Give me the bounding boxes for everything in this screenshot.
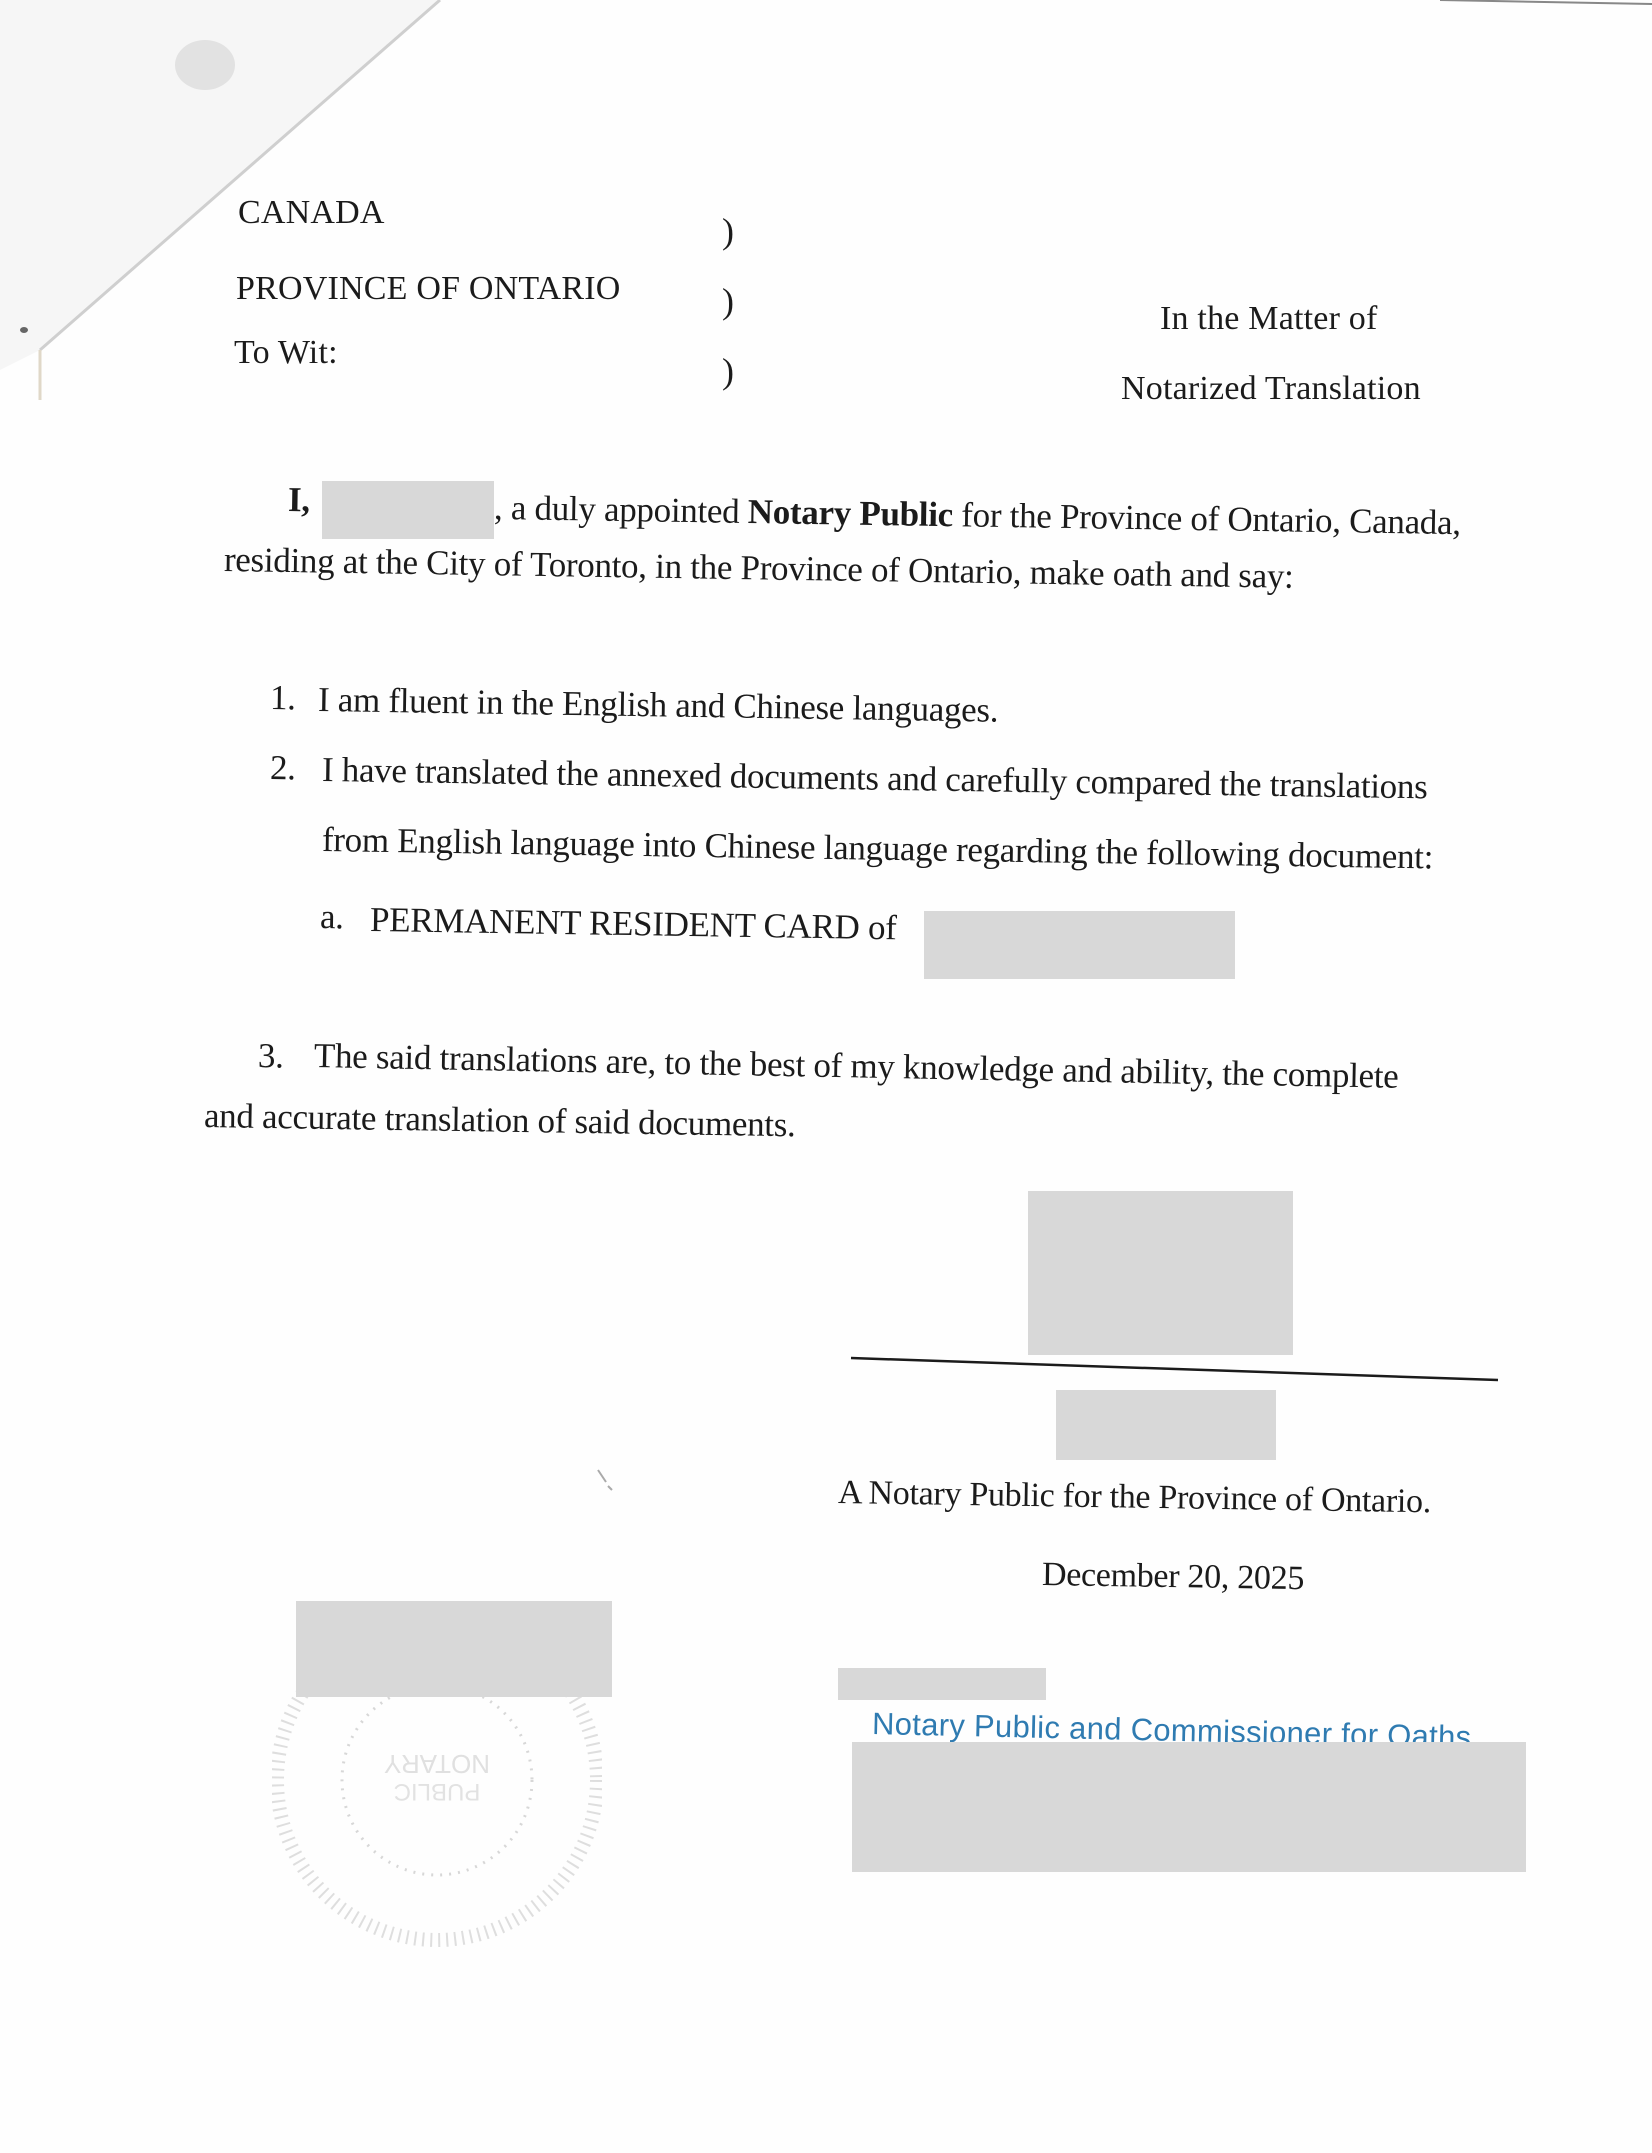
item-2-continuation: from English language into Chinese langu… <box>322 820 1434 877</box>
redacted-notary-name <box>322 481 494 539</box>
caption-bracket: ) <box>722 280 734 322</box>
redacted-signature <box>1028 1191 1293 1355</box>
intro-line-2: residing at the City of Toronto, in the … <box>224 540 1294 597</box>
redacted-seal-name <box>296 1601 612 1697</box>
caption-bracket: ) <box>722 210 734 252</box>
item-3-number: 3. <box>258 1036 284 1076</box>
item-1-number: 1. <box>270 678 296 718</box>
redacted-notary-printed-name <box>1056 1390 1276 1460</box>
caption-to-wit: To Wit: <box>234 334 338 372</box>
redacted-stamp-name <box>838 1668 1046 1700</box>
signature-line <box>850 1350 1500 1385</box>
redacted-stamp-details <box>852 1742 1526 1872</box>
signature-date: December 20, 2025 <box>1042 1556 1305 1598</box>
notary-title: A Notary Public for the Province of Onta… <box>838 1474 1432 1521</box>
caption-country: CANADA <box>238 194 385 232</box>
matter-label: In the Matter of <box>1160 300 1378 338</box>
document-page: CANADA PROVINCE OF ONTARIO To Wit: ) ) )… <box>0 0 1652 2153</box>
item-3-continuation: and accurate translation of said documen… <box>204 1096 796 1145</box>
caption-province: PROVINCE OF ONTARIO <box>236 270 621 308</box>
matter-title: Notarized Translation <box>1121 370 1421 408</box>
notary-seal-icon: NOTARY PUBLIC <box>272 1660 602 1960</box>
intro-line-1: , a duly appointed Notary Public for the… <box>494 488 1461 543</box>
item-2a-letter: a. <box>320 897 344 937</box>
item-1-text: I am fluent in the English and Chinese l… <box>318 680 999 731</box>
svg-text:PUBLIC: PUBLIC <box>394 1778 481 1805</box>
svg-text:NOTARY: NOTARY <box>384 1749 490 1779</box>
redacted-card-holder-name <box>924 911 1235 979</box>
item-2-text: I have translated the annexed documents … <box>322 750 1428 807</box>
item-2a-text: PERMANENT RESIDENT CARD of <box>370 900 897 948</box>
intro-pronoun: I, <box>288 480 310 520</box>
item-3-text: The said translations are, to the best o… <box>314 1036 1399 1097</box>
item-2-number: 2. <box>270 748 296 788</box>
caption-bracket: ) <box>722 350 734 392</box>
